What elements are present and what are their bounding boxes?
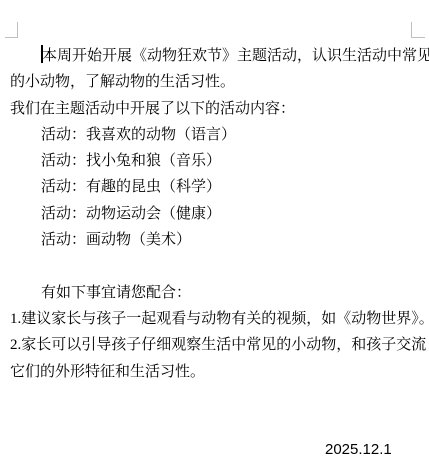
activity-item-text: 活动：有趣的昆虫（科学）: [41, 179, 221, 195]
blank-line[interactable]: [10, 411, 427, 437]
document-line-activity[interactable]: 活动：动物运动会（健康）: [10, 201, 427, 227]
document-line-activity[interactable]: 活动：有趣的昆虫（科学）: [10, 174, 427, 200]
paragraph-text: 我们在主题活动中开展了以下的活动内容：: [10, 101, 295, 117]
activity-item-text: 活动：画动物（美术）: [41, 232, 191, 248]
document-line-activity[interactable]: 活动：我喜欢的动物（语言）: [10, 122, 427, 148]
document-line[interactable]: 有如下事宜请您配合：: [10, 280, 427, 306]
paragraph-text: 的小动物，了解动物的生活习性。: [10, 74, 235, 90]
margin-crop-mark-top-left: [5, 22, 18, 38]
document-date-line[interactable]: 2025.12.1: [10, 437, 427, 463]
document-text-area[interactable]: 本周开始开展《动物狂欢节》主题活动，认识生活动中常见 的小动物，了解动物的生活习…: [10, 43, 427, 464]
document-line-activity[interactable]: 活动：找小兔和狼（音乐）: [10, 148, 427, 174]
note-item-text: 2.家长可以引导孩子仔细观察生活中常见的小动物，和孩子交流: [10, 337, 426, 353]
document-line[interactable]: 的小动物，了解动物的生活习性。: [10, 69, 427, 95]
note-item-text: 它们的外形特征和生活习性。: [10, 364, 205, 380]
document-line-note[interactable]: 它们的外形特征和生活习性。: [10, 359, 427, 385]
activity-item-text: 活动：找小兔和狼（音乐）: [41, 153, 221, 169]
blank-line[interactable]: [10, 253, 427, 279]
blank-line[interactable]: [10, 385, 427, 411]
document-line[interactable]: 本周开始开展《动物狂欢节》主题活动，认识生活动中常见: [10, 43, 427, 69]
activity-item-text: 活动：我喜欢的动物（语言）: [41, 127, 236, 143]
paragraph-text: 有如下事宜请您配合：: [41, 285, 191, 301]
margin-crop-mark-top-right: [411, 22, 425, 38]
document-line[interactable]: 我们在主题活动中开展了以下的活动内容：: [10, 96, 427, 122]
document-line-note[interactable]: 1.建议家长与孩子一起观看与动物有关的视频，如《动物世界》。: [10, 306, 427, 332]
document-line-note[interactable]: 2.家长可以引导孩子仔细观察生活中常见的小动物，和孩子交流: [10, 332, 427, 358]
paragraph-text: 本周开始开展《动物狂欢节》主题活动，认识生活动中常见: [42, 48, 429, 64]
date-text: 2025.12.1: [325, 441, 392, 458]
document-line-activity[interactable]: 活动：画动物（美术）: [10, 227, 427, 253]
activity-item-text: 活动：动物运动会（健康）: [41, 206, 221, 222]
note-item-text: 1.建议家长与孩子一起观看与动物有关的视频，如《动物世界》。: [10, 311, 429, 327]
document-page: { "page": { "background": "#ffffff", "te…: [0, 0, 429, 471]
